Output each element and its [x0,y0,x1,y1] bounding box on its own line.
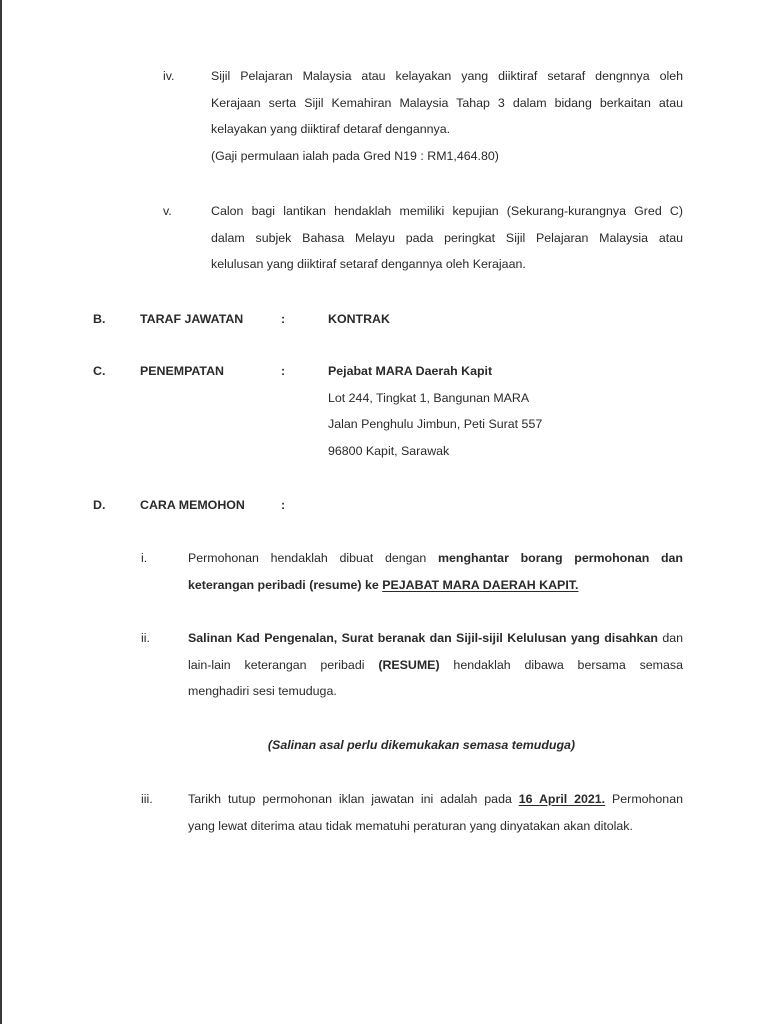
section-c-label: PENEMPATAN [140,364,224,378]
requirement-iv-text: Sijil Pelajaran Malaysia atau kelayakan … [211,63,683,169]
section-d-label: CARA MEMOHON [140,498,245,512]
method-ii-line1: Salinan Kad Pengenalan, Surat beranak da… [188,625,683,652]
method-ii-line3: menghadiri sesi temuduga. [188,678,683,705]
section-d-letter: D. [93,498,105,512]
requirement-v-text: Calon bagi lantikan hendaklah memiliki k… [211,198,683,278]
method-ii-line2: lain-lain keterangan peribadi (RESUME) h… [188,652,683,679]
closing-date: 16 April 2021. [519,792,605,806]
requirement-iv-line: Kerajaan serta Sijil Kemahiran Malaysia … [211,90,683,117]
address-line: Jalan Penghulu Jimbun, Peti Surat 557 [328,411,542,438]
office-emphasis: PEJABAT MARA DAERAH KAPIT. [382,578,578,592]
method-ii-text: Salinan Kad Pengenalan, Surat beranak da… [188,625,683,705]
requirement-v-line: kelulusan yang diiktiraf setaraf dengann… [211,251,683,278]
section-b-label: TARAF JAWATAN [140,312,243,326]
address-line: 96800 Kapit, Sarawak [328,438,542,465]
method-iii-text: Tarikh tutup permohonan iklan jawatan in… [188,786,683,839]
address-line: Lot 244, Tingkat 1, Bangunan MARA [328,385,542,412]
method-i-text: Permohonan hendaklah dibuat dengan mengh… [188,545,683,598]
section-c-letter: C. [93,364,105,378]
section-b-colon: : [281,312,285,326]
method-i-line1: Permohonan hendaklah dibuat dengan mengh… [188,545,683,572]
method-numeral-ii: ii. [141,631,150,645]
method-i-line2: keterangan peribadi (resume) ke PEJABAT … [188,572,683,599]
original-copies-note: (Salinan asal perlu dikemukakan semasa t… [0,738,783,752]
section-b-value: KONTRAK [328,312,390,326]
method-iii-line2: yang lewat diterima atau tidak mematuhi … [188,813,683,840]
section-c-colon: : [281,364,285,378]
requirement-numeral-v: v. [163,204,172,218]
section-b-letter: B. [93,312,105,326]
requirement-v-line: Calon bagi lantikan hendaklah memiliki k… [211,198,683,225]
method-iii-line1: Tarikh tutup permohonan iklan jawatan in… [188,786,683,813]
section-d-colon: : [281,498,285,512]
method-numeral-i: i. [141,551,147,565]
requirement-iv-line: Sijil Pelajaran Malaysia atau kelayakan … [211,63,683,90]
requirement-numeral-iv: iv. [163,69,174,83]
method-numeral-iii: iii. [141,792,153,806]
requirement-iv-line: kelayakan yang diiktiraf detaraf dengann… [211,116,683,143]
page-edge [0,0,2,1024]
placement-address: Pejabat MARA Daerah Kapit Lot 244, Tingk… [328,358,542,464]
office-name: Pejabat MARA Daerah Kapit [328,358,542,385]
salary-note: (Gaji permulaan ialah pada Gred N19 : RM… [211,143,683,170]
requirement-v-line: dalam subjek Bahasa Melayu pada peringka… [211,225,683,252]
